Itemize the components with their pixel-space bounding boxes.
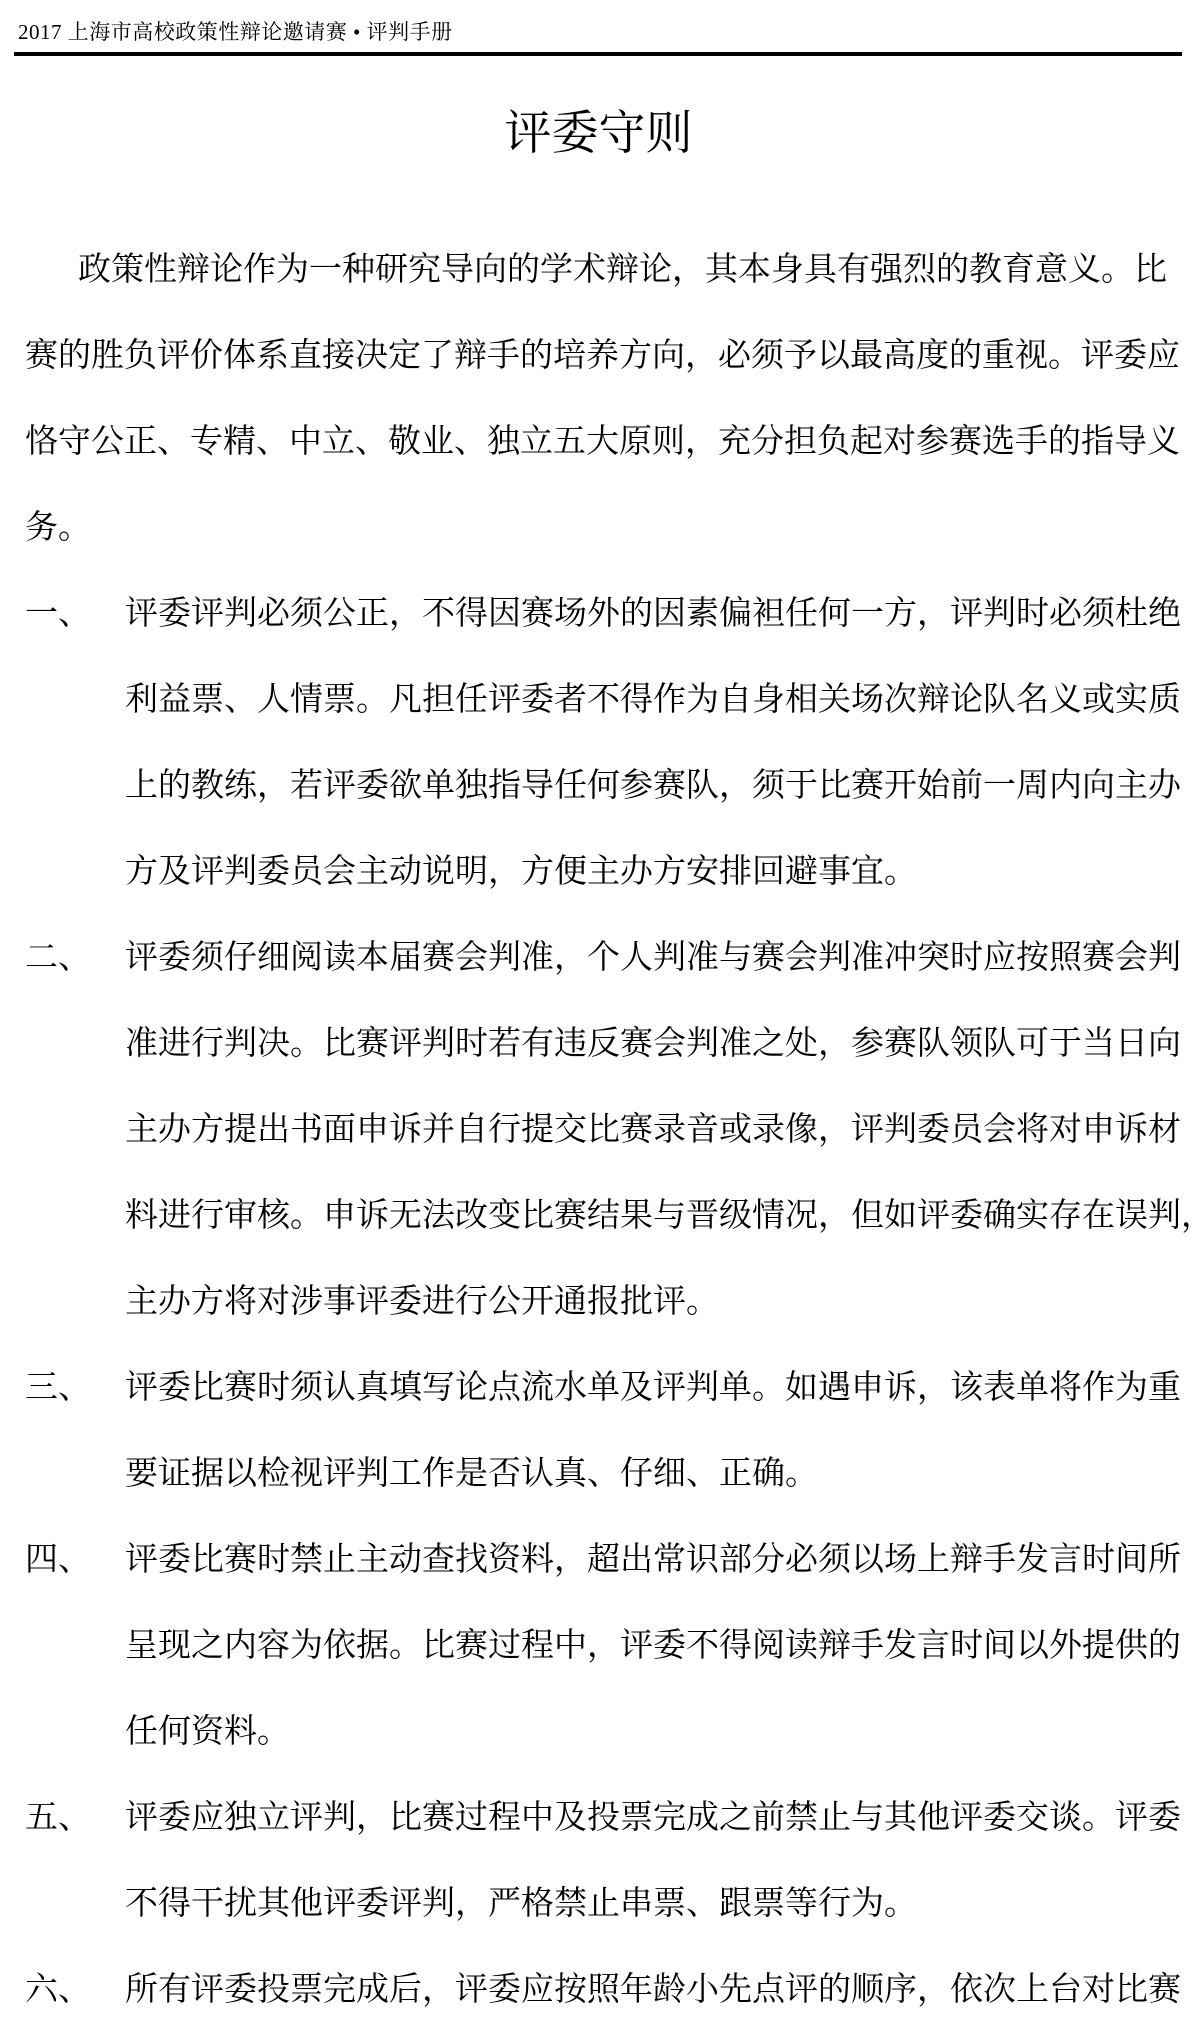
rule-line: 要证据以检视评判工作是否认真、仔细、正确。 bbox=[125, 1430, 1180, 1516]
rule-text: 评委应独立评判，比赛过程中及投票完成之前禁止与其他评委交谈。评委不得干扰其他评委… bbox=[125, 1774, 1180, 1946]
rule-line: 任何资料。 bbox=[125, 1688, 1180, 1774]
rule-number: 六、 bbox=[25, 1946, 91, 2032]
rule-line: 评委应独立评判，比赛过程中及投票完成之前禁止与其他评委交谈。评委 bbox=[125, 1774, 1180, 1860]
rule-text: 评委比赛时禁止主动查找资料，超出常识部分必须以场上辩手发言时间所呈现之内容为依据… bbox=[125, 1516, 1180, 1774]
rule-number: 三、 bbox=[25, 1344, 91, 1430]
rules-list: 一、评委评判必须公正，不得因赛场外的因素偏袒任何一方，评判时必须杜绝利益票、人情… bbox=[25, 570, 1180, 2032]
rule-number: 二、 bbox=[25, 914, 91, 1000]
rule-line: 评委评判必须公正，不得因赛场外的因素偏袒任何一方，评判时必须杜绝 bbox=[125, 570, 1180, 656]
header-divider-rule bbox=[14, 52, 1182, 56]
rule-line: 所有评委投票完成后，评委应按照年龄小先点评的顺序，依次上台对比赛 bbox=[125, 1946, 1180, 2032]
rule-line: 评委比赛时须认真填写论点流水单及评判单。如遇申诉，该表单将作为重 bbox=[125, 1344, 1180, 1430]
rule-line: 利益票、人情票。凡担任评委者不得作为自身相关场次辩论队名义或实质 bbox=[125, 656, 1180, 742]
document-body: 政策性辩论作为一种研究导向的学术辩论，其本身具有强烈的教育意义。比赛的胜负评价体… bbox=[25, 226, 1180, 2032]
rule-text: 评委须仔细阅读本届赛会判准，个人判准与赛会判准冲突时应按照赛会判准进行判决。比赛… bbox=[125, 914, 1180, 1344]
rule-item: 三、评委比赛时须认真填写论点流水单及评判单。如遇申诉，该表单将作为重要证据以检视… bbox=[25, 1344, 1180, 1516]
rule-text: 评委评判必须公正，不得因赛场外的因素偏袒任何一方，评判时必须杜绝利益票、人情票。… bbox=[125, 570, 1180, 914]
rule-line: 料进行审核。申诉无法改变比赛结果与晋级情况，但如评委确实存在误判， bbox=[125, 1172, 1180, 1258]
rule-line: 准进行判决。比赛评判时若有违反赛会判准之处，参赛队领队可于当日向 bbox=[125, 1000, 1180, 1086]
intro-line: 赛的胜负评价体系直接决定了辩手的培养方向，必须予以最高度的重视。评委应 bbox=[25, 312, 1180, 398]
rule-number: 一、 bbox=[25, 570, 91, 656]
intro-line: 政策性辩论作为一种研究导向的学术辩论，其本身具有强烈的教育意义。比 bbox=[25, 226, 1180, 312]
document-page: { "colors": { "text": "#000000", "backgr… bbox=[0, 0, 1197, 2033]
rule-number: 四、 bbox=[25, 1516, 91, 1602]
page-title: 评委守则 bbox=[0, 96, 1197, 163]
intro-line: 恪守公正、专精、中立、敬业、独立五大原则，充分担负起对参赛选手的指导义 bbox=[25, 398, 1180, 484]
running-header: 2017 上海市高校政策性辩论邀请赛 • 评判手册 bbox=[18, 16, 453, 46]
rule-line: 主办方提出书面申诉并自行提交比赛录音或录像，评判委员会将对申诉材 bbox=[125, 1086, 1180, 1172]
rule-item: 四、评委比赛时禁止主动查找资料，超出常识部分必须以场上辩手发言时间所呈现之内容为… bbox=[25, 1516, 1180, 1774]
rule-item: 一、评委评判必须公正，不得因赛场外的因素偏袒任何一方，评判时必须杜绝利益票、人情… bbox=[25, 570, 1180, 914]
rule-number: 五、 bbox=[25, 1774, 91, 1860]
rule-line: 评委比赛时禁止主动查找资料，超出常识部分必须以场上辩手发言时间所 bbox=[125, 1516, 1180, 1602]
rule-line: 不得干扰其他评委评判，严格禁止串票、跟票等行为。 bbox=[125, 1860, 1180, 1946]
rule-text: 所有评委投票完成后，评委应按照年龄小先点评的顺序，依次上台对比赛 bbox=[125, 1946, 1180, 2032]
rule-item: 二、评委须仔细阅读本届赛会判准，个人判准与赛会判准冲突时应按照赛会判准进行判决。… bbox=[25, 914, 1180, 1344]
rule-line: 方及评判委员会主动说明，方便主办方安排回避事宜。 bbox=[125, 828, 1180, 914]
rule-line: 评委须仔细阅读本届赛会判准，个人判准与赛会判准冲突时应按照赛会判 bbox=[125, 914, 1180, 1000]
intro-paragraph: 政策性辩论作为一种研究导向的学术辩论，其本身具有强烈的教育意义。比赛的胜负评价体… bbox=[25, 226, 1180, 570]
rule-line: 呈现之内容为依据。比赛过程中，评委不得阅读辩手发言时间以外提供的 bbox=[125, 1602, 1180, 1688]
rule-line: 主办方将对涉事评委进行公开通报批评。 bbox=[125, 1258, 1180, 1344]
rule-line: 上的教练，若评委欲单独指导任何参赛队，须于比赛开始前一周内向主办 bbox=[125, 742, 1180, 828]
intro-line: 务。 bbox=[25, 484, 1180, 570]
rule-text: 评委比赛时须认真填写论点流水单及评判单。如遇申诉，该表单将作为重要证据以检视评判… bbox=[125, 1344, 1180, 1516]
rule-item: 六、所有评委投票完成后，评委应按照年龄小先点评的顺序，依次上台对比赛 bbox=[25, 1946, 1180, 2032]
rule-item: 五、评委应独立评判，比赛过程中及投票完成之前禁止与其他评委交谈。评委不得干扰其他… bbox=[25, 1774, 1180, 1946]
